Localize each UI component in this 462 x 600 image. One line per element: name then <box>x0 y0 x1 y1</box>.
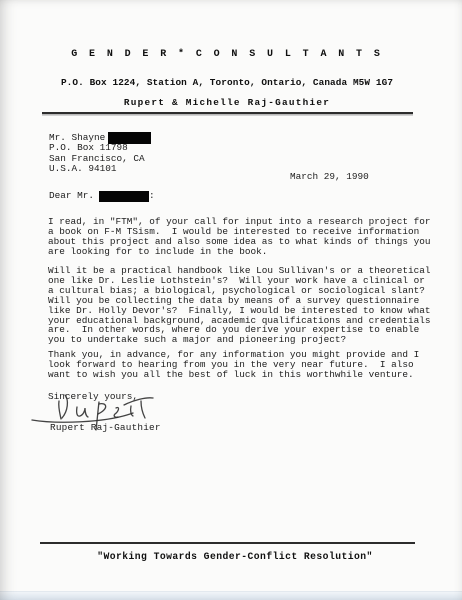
footer-motto: "Working Towards Gender-Conflict Resolut… <box>8 551 462 562</box>
salutation-prefix: Dear Mr. <box>49 190 94 201</box>
recipient-address-line: U.S.A. 94101 <box>49 164 151 174</box>
recipient-address-block: Mr. Shayne P.O. Box 11798 San Francisco,… <box>49 133 151 174</box>
salutation-suffix: : <box>149 190 155 201</box>
body-paragraph-3: Thank you, in advance, for any informati… <box>48 350 452 380</box>
letterhead-names: Rupert & Michelle Raj-Gauthier <box>0 97 454 108</box>
body-paragraph-2: Will it be a practical handbook like Lou… <box>48 266 452 345</box>
footer-divider <box>40 542 415 544</box>
letterhead-address: P.O. Box 1224, Station A, Toronto, Ontar… <box>0 77 454 88</box>
salutation-line: Dear Mr.: <box>49 190 155 201</box>
body-paragraph-1: I read, in "FTM", of your call for input… <box>48 217 452 257</box>
redaction-bar-salutation <box>99 191 149 202</box>
letterhead-title: G E N D E R * C O N S U L T A N T S <box>0 49 454 60</box>
letter-date: March 29, 1990 <box>290 171 369 182</box>
letterhead-divider <box>42 112 413 114</box>
typed-signature-name: Rupert Raj-Gauthier <box>50 422 161 433</box>
scanned-letter-page: G E N D E R * C O N S U L T A N T S P.O.… <box>0 0 462 600</box>
scan-edge-band <box>0 591 462 600</box>
